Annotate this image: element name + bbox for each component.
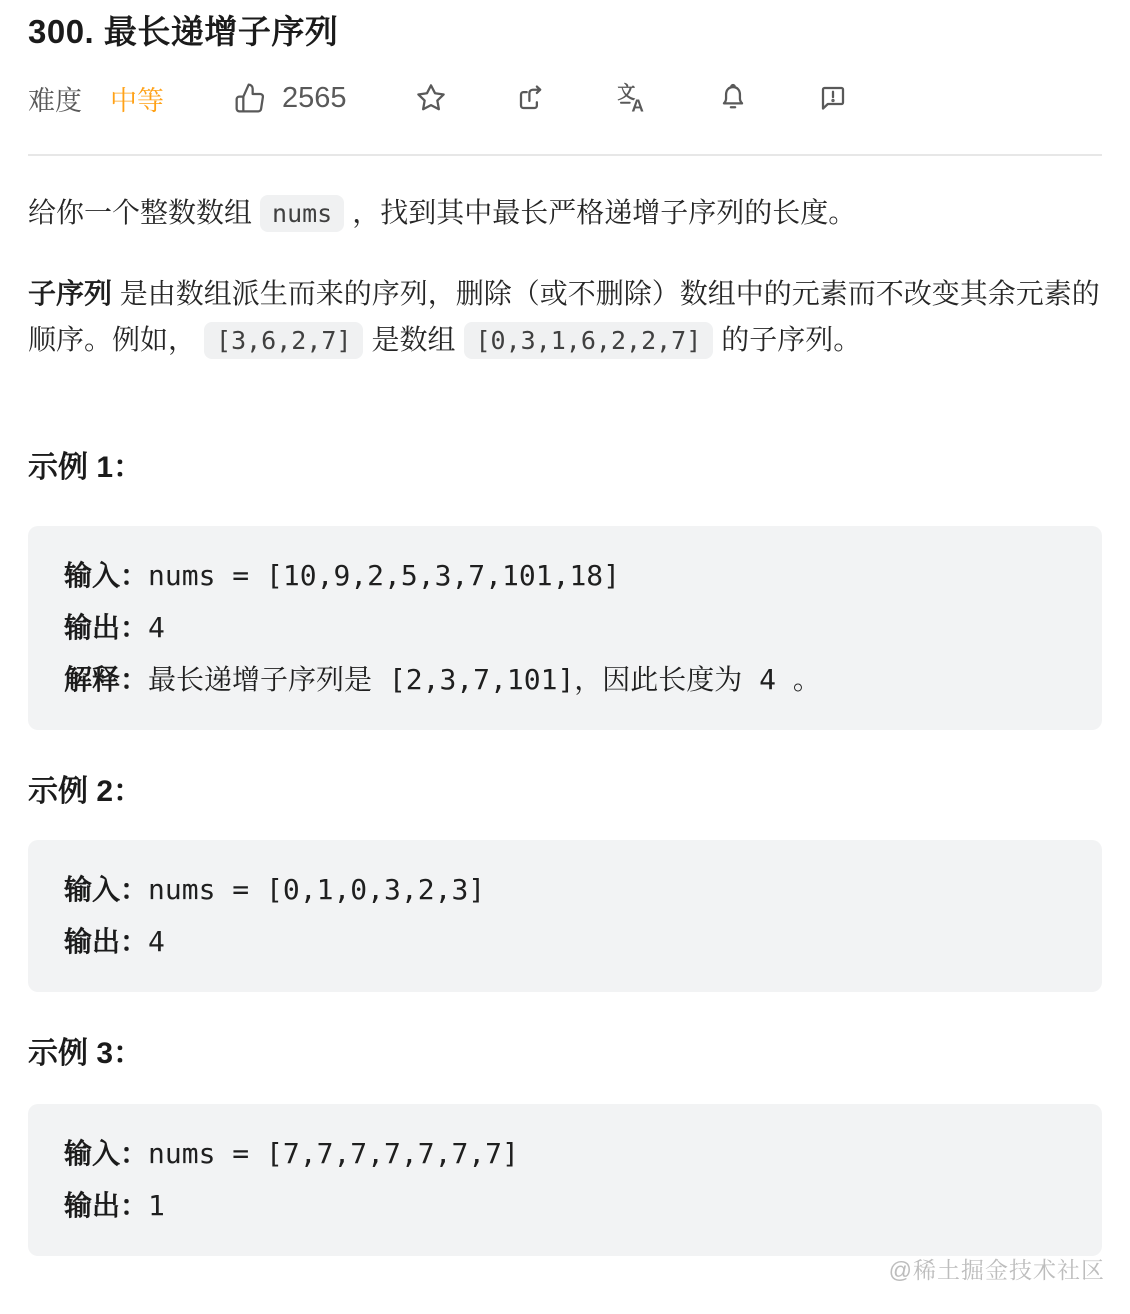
input-value: nums = [0,1,0,3,2,3] — [148, 873, 485, 906]
problem-page: 300. 最长递增子序列 难度 中等 2565 — [0, 0, 1130, 1314]
example-2-block: 输入：nums = [0,1,0,3,2,3] 输出：4 — [28, 840, 1102, 992]
star-icon — [415, 82, 447, 114]
translate-button[interactable]: 文 A — [615, 82, 649, 114]
example-line: 输出：4 — [64, 602, 1066, 654]
example-line: 输入：nums = [0,1,0,3,2,3] — [64, 864, 1066, 916]
output-value: 4 — [148, 925, 165, 958]
description-paragraph-2: 子序列 是由数组派生而来的序列，删除（或不删除）数组中的元素而不改变其余元素的顺… — [28, 271, 1102, 364]
meta-row: 难度 中等 2565 — [28, 78, 1102, 118]
example-1-block: 输入：nums = [10,9,2,5,3,7,101,18] 输出：4 解释：… — [28, 526, 1102, 730]
input-label: 输入： — [64, 874, 148, 905]
feedback-button[interactable] — [817, 82, 849, 114]
example-2-heading: 示例 2： — [28, 772, 1102, 812]
notification-button[interactable] — [717, 82, 749, 114]
like-count: 2565 — [282, 82, 347, 115]
output-label: 输出： — [64, 1190, 148, 1221]
p2-bold-term: 子序列 — [28, 278, 112, 309]
output-label: 输出： — [64, 612, 148, 643]
input-value: nums = [7,7,7,7,7,7,7] — [148, 1137, 519, 1170]
bell-icon — [717, 82, 749, 114]
inline-code-subseq: [3,6,2,7] — [204, 322, 363, 359]
inline-code-array: [0,3,1,6,2,2,7] — [464, 322, 714, 359]
example-line: 输入：nums = [7,7,7,7,7,7,7] — [64, 1128, 1066, 1180]
example-line: 输出：1 — [64, 1180, 1066, 1232]
explanation-value: 最长递增子序列是 [2,3,7,101]，因此长度为 4 。 — [148, 663, 821, 696]
output-label: 输出： — [64, 926, 148, 957]
example-3-heading: 示例 3： — [28, 1034, 1102, 1074]
share-icon — [515, 82, 547, 114]
svg-text:A: A — [631, 95, 644, 114]
feedback-icon — [817, 82, 849, 114]
p1-text-after: ，找到其中最长严格递增子序列的长度。 — [352, 197, 856, 228]
watermark: @稀土掘金技术社区 — [889, 1252, 1105, 1285]
inline-code-nums: nums — [260, 195, 344, 232]
share-button[interactable] — [515, 82, 547, 114]
input-label: 输入： — [64, 560, 148, 591]
difficulty-badge: 中等 — [110, 79, 164, 118]
p2-text-3: 的子序列。 — [721, 324, 861, 355]
like-button[interactable]: 2565 — [234, 82, 347, 115]
example-line: 输入：nums = [10,9,2,5,3,7,101,18] — [64, 550, 1066, 602]
example-3-block: 输入：nums = [7,7,7,7,7,7,7] 输出：1 — [28, 1104, 1102, 1256]
p2-text-2: 是数组 — [371, 324, 455, 355]
example-line: 解释：最长递增子序列是 [2,3,7,101]，因此长度为 4 。 — [64, 654, 1066, 706]
translate-icon: 文 A — [615, 82, 649, 114]
output-value: 4 — [148, 611, 165, 644]
explanation-label: 解释： — [64, 664, 148, 695]
input-label: 输入： — [64, 1138, 148, 1169]
p1-text-before: 给你一个整数数组 — [28, 197, 252, 228]
thumbs-up-icon — [234, 82, 266, 114]
difficulty-label: 难度 — [28, 79, 82, 118]
output-value: 1 — [148, 1189, 165, 1222]
example-1-heading: 示例 1： — [28, 448, 1102, 488]
example-line: 输出：4 — [64, 916, 1066, 968]
description-paragraph-1: 给你一个整数数组nums，找到其中最长严格递增子序列的长度。 — [28, 190, 1102, 237]
header-divider — [28, 154, 1102, 156]
favorite-button[interactable] — [415, 82, 447, 114]
input-value: nums = [10,9,2,5,3,7,101,18] — [148, 559, 620, 592]
problem-title: 300. 最长递增子序列 — [28, 10, 1102, 54]
